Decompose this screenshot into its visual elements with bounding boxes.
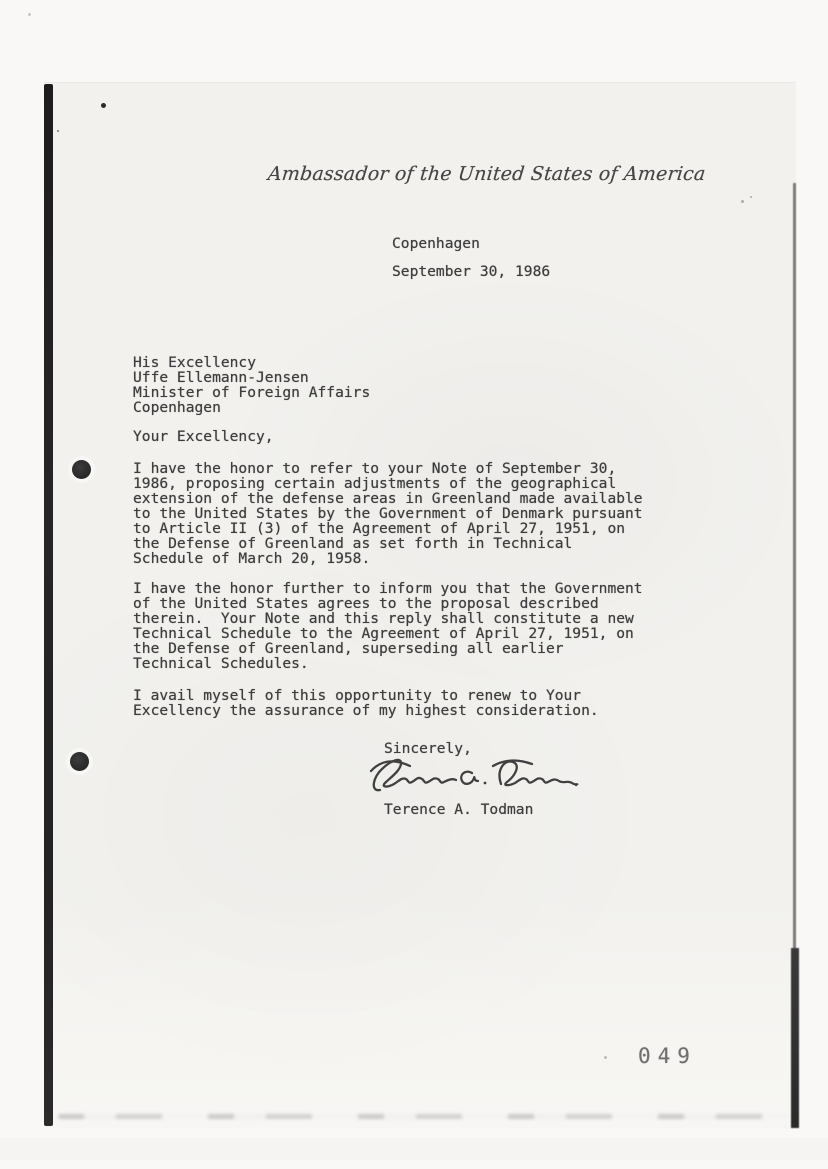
scan-edge-left-strip bbox=[44, 84, 53, 1126]
ink-speck bbox=[57, 130, 59, 132]
hole-punch bbox=[70, 752, 89, 771]
scan-edge-right-line bbox=[793, 183, 796, 953]
body-paragraph-1: I have the honor to refer to your Note o… bbox=[133, 461, 643, 566]
scan-bottom-smudge bbox=[58, 1114, 790, 1119]
recipient-address-block: His ExcellencyUffe Ellemann-JensenMinist… bbox=[133, 355, 370, 415]
letter-place: Copenhagen bbox=[392, 236, 480, 251]
ink-speck bbox=[741, 200, 744, 203]
text-line: Technical Schedules. bbox=[133, 656, 643, 671]
salutation: Your Excellency, bbox=[133, 429, 274, 444]
body-paragraph-3: I avail myself of this opportunity to re… bbox=[133, 688, 599, 718]
text-line: to Article II (3) of the Agreement of Ap… bbox=[133, 521, 643, 536]
text-line: therein. Your Note and this reply shall … bbox=[133, 611, 643, 626]
text-line: of the United States agrees to the propo… bbox=[133, 596, 643, 611]
ink-speck bbox=[750, 196, 752, 198]
text-line: I avail myself of this opportunity to re… bbox=[133, 688, 599, 703]
text-line: Uffe Ellemann-Jensen bbox=[133, 370, 370, 385]
text-line: Excellency the assurance of my highest c… bbox=[133, 703, 599, 718]
ink-speck bbox=[101, 103, 106, 108]
text-line: the Defense of Greenland, superseding al… bbox=[133, 641, 643, 656]
text-line: extension of the defense areas in Greenl… bbox=[133, 491, 643, 506]
ink-speck bbox=[28, 13, 31, 16]
text-line: Minister of Foreign Affairs bbox=[133, 385, 370, 400]
letter-date: September 30, 1986 bbox=[392, 264, 550, 279]
text-line: Copenhagen bbox=[133, 400, 370, 415]
scan-background-band bbox=[0, 1138, 828, 1160]
text-line: Technical Schedule to the Agreement of A… bbox=[133, 626, 643, 641]
text-line: 1986, proposing certain adjustments of t… bbox=[133, 476, 643, 491]
text-line: Schedule of March 20, 1958. bbox=[133, 551, 643, 566]
letterhead-title: Ambassador of the United States of Ameri… bbox=[267, 163, 707, 185]
text-line: the Defense of Greenland as set forth in… bbox=[133, 536, 643, 551]
scanned-letter-page: Ambassador of the United States of Ameri… bbox=[0, 0, 828, 1169]
hole-punch bbox=[72, 460, 91, 479]
signature-graphic bbox=[368, 750, 580, 802]
ink-speck bbox=[604, 1056, 607, 1059]
page-number-stamp: 049 bbox=[638, 1044, 697, 1068]
text-line: I have the honor to refer to your Note o… bbox=[133, 461, 643, 476]
typed-signatory-name: Terence A. Todman bbox=[384, 802, 533, 817]
body-paragraph-2: I have the honor further to inform you t… bbox=[133, 581, 643, 671]
text-line: I have the honor further to inform you t… bbox=[133, 581, 643, 596]
scan-edge-right-strip bbox=[791, 948, 799, 1128]
text-line: to the United States by the Government o… bbox=[133, 506, 643, 521]
text-line: His Excellency bbox=[133, 355, 370, 370]
